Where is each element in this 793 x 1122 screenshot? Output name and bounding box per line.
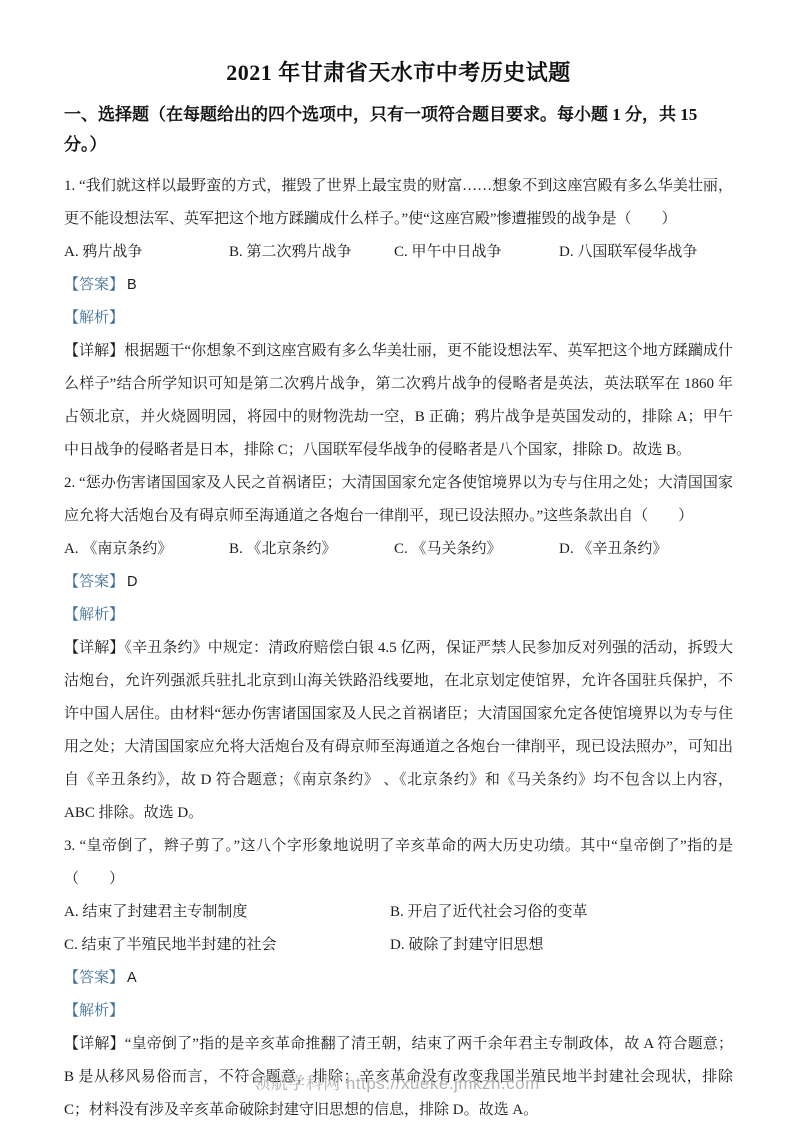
question-stem: 1. “我们就这样以最野蛮的方式，摧毁了世界上最宝贵的财富……想象不到这座宫殿有… bbox=[64, 170, 733, 236]
option-d: D. 破除了封建守旧思想 bbox=[390, 929, 733, 962]
analysis-line: 【解析】 bbox=[64, 599, 733, 632]
question-stem: 2. “惩办伤害诸国国家及人民之首祸诸臣；大清国国家允定各使馆境界以为专与住用之… bbox=[64, 467, 733, 533]
exam-paper-page: 2021 年甘肃省天水市中考历史试题 一、选择题（在每题给出的四个选项中，只有一… bbox=[0, 0, 793, 1122]
detail-paragraph: 【详解】《辛丑条约》中规定：清政府赔偿白银 4.5 亿两，保证严禁人民参加反对列… bbox=[64, 632, 733, 830]
page-title: 2021 年甘肃省天水市中考历史试题 bbox=[64, 56, 733, 90]
option-d: D. 《辛丑条约》 bbox=[559, 533, 733, 566]
option-b: B. 《北京条约》 bbox=[229, 533, 394, 566]
detail-label: 【详解】 bbox=[64, 343, 124, 359]
analysis-label: 【解析】 bbox=[64, 310, 124, 326]
answer-label: 【答案】 bbox=[64, 970, 124, 986]
option-c: C. 《马关条约》 bbox=[394, 533, 559, 566]
question-2: 2. “惩办伤害诸国国家及人民之首祸诸臣；大清国国家允定各使馆境界以为专与住用之… bbox=[64, 467, 733, 830]
options-grid: A. 结束了封建君主专制制度 B. 开启了近代社会习俗的变革 C. 结束了半殖民… bbox=[64, 896, 733, 962]
detail-label: 【详解】 bbox=[64, 1036, 125, 1052]
analysis-label: 【解析】 bbox=[64, 1003, 124, 1019]
answer-line: 【答案】A bbox=[64, 962, 733, 995]
detail-text: 《辛丑条约》中规定：清政府赔偿白银 4.5 亿两，保证严禁人民参加反对列强的活动… bbox=[64, 640, 733, 821]
option-a: A. 结束了封建君主专制制度 bbox=[64, 896, 390, 929]
answer-label: 【答案】 bbox=[64, 277, 124, 293]
option-d: D. 八国联军侵华战争 bbox=[559, 236, 733, 269]
question-list: 1. “我们就这样以最野蛮的方式，摧毁了世界上最宝贵的财富……想象不到这座宫殿有… bbox=[64, 170, 733, 1122]
analysis-label: 【解析】 bbox=[64, 607, 124, 623]
section-heading: 一、选择题（在每题给出的四个选项中，只有一项符合题目要求。每小题 1 分，共 1… bbox=[64, 100, 733, 160]
answer-line: 【答案】B bbox=[64, 269, 733, 302]
option-b: B. 第二次鸦片战争 bbox=[229, 236, 394, 269]
option-c: C. 甲午中日战争 bbox=[394, 236, 559, 269]
answer-value: A bbox=[124, 970, 137, 986]
watermark: 领航学科网 https://xueke.jmkzh.com bbox=[0, 1069, 793, 1094]
answer-line: 【答案】D bbox=[64, 566, 733, 599]
option-a: A. 《南京条约》 bbox=[64, 533, 229, 566]
options-row: A. 鸦片战争 B. 第二次鸦片战争 C. 甲午中日战争 D. 八国联军侵华战争 bbox=[64, 236, 733, 269]
detail-label: 【详解】 bbox=[64, 640, 124, 656]
detail-text: 根据题干“你想象不到这座宫殿有多么华美壮丽，更不能设想法军、英军把这个地方蹂躏成… bbox=[64, 343, 733, 458]
options-row: A. 《南京条约》 B. 《北京条约》 C. 《马关条约》 D. 《辛丑条约》 bbox=[64, 533, 733, 566]
answer-value: D bbox=[124, 574, 137, 590]
option-b: B. 开启了近代社会习俗的变革 bbox=[390, 896, 733, 929]
detail-paragraph: 【详解】根据题干“你想象不到这座宫殿有多么华美壮丽，更不能设想法军、英军把这个地… bbox=[64, 335, 733, 467]
answer-label: 【答案】 bbox=[64, 574, 124, 590]
question-stem: 3. “皇帝倒了，辫子剪了。”这八个字形象地说明了辛亥革命的两大历史功绩。其中“… bbox=[64, 830, 733, 896]
analysis-line: 【解析】 bbox=[64, 302, 733, 335]
option-c: C. 结束了半殖民地半封建的社会 bbox=[64, 929, 390, 962]
analysis-line: 【解析】 bbox=[64, 995, 733, 1028]
question-1: 1. “我们就这样以最野蛮的方式，摧毁了世界上最宝贵的财富……想象不到这座宫殿有… bbox=[64, 170, 733, 467]
answer-value: B bbox=[124, 277, 137, 293]
option-a: A. 鸦片战争 bbox=[64, 236, 229, 269]
